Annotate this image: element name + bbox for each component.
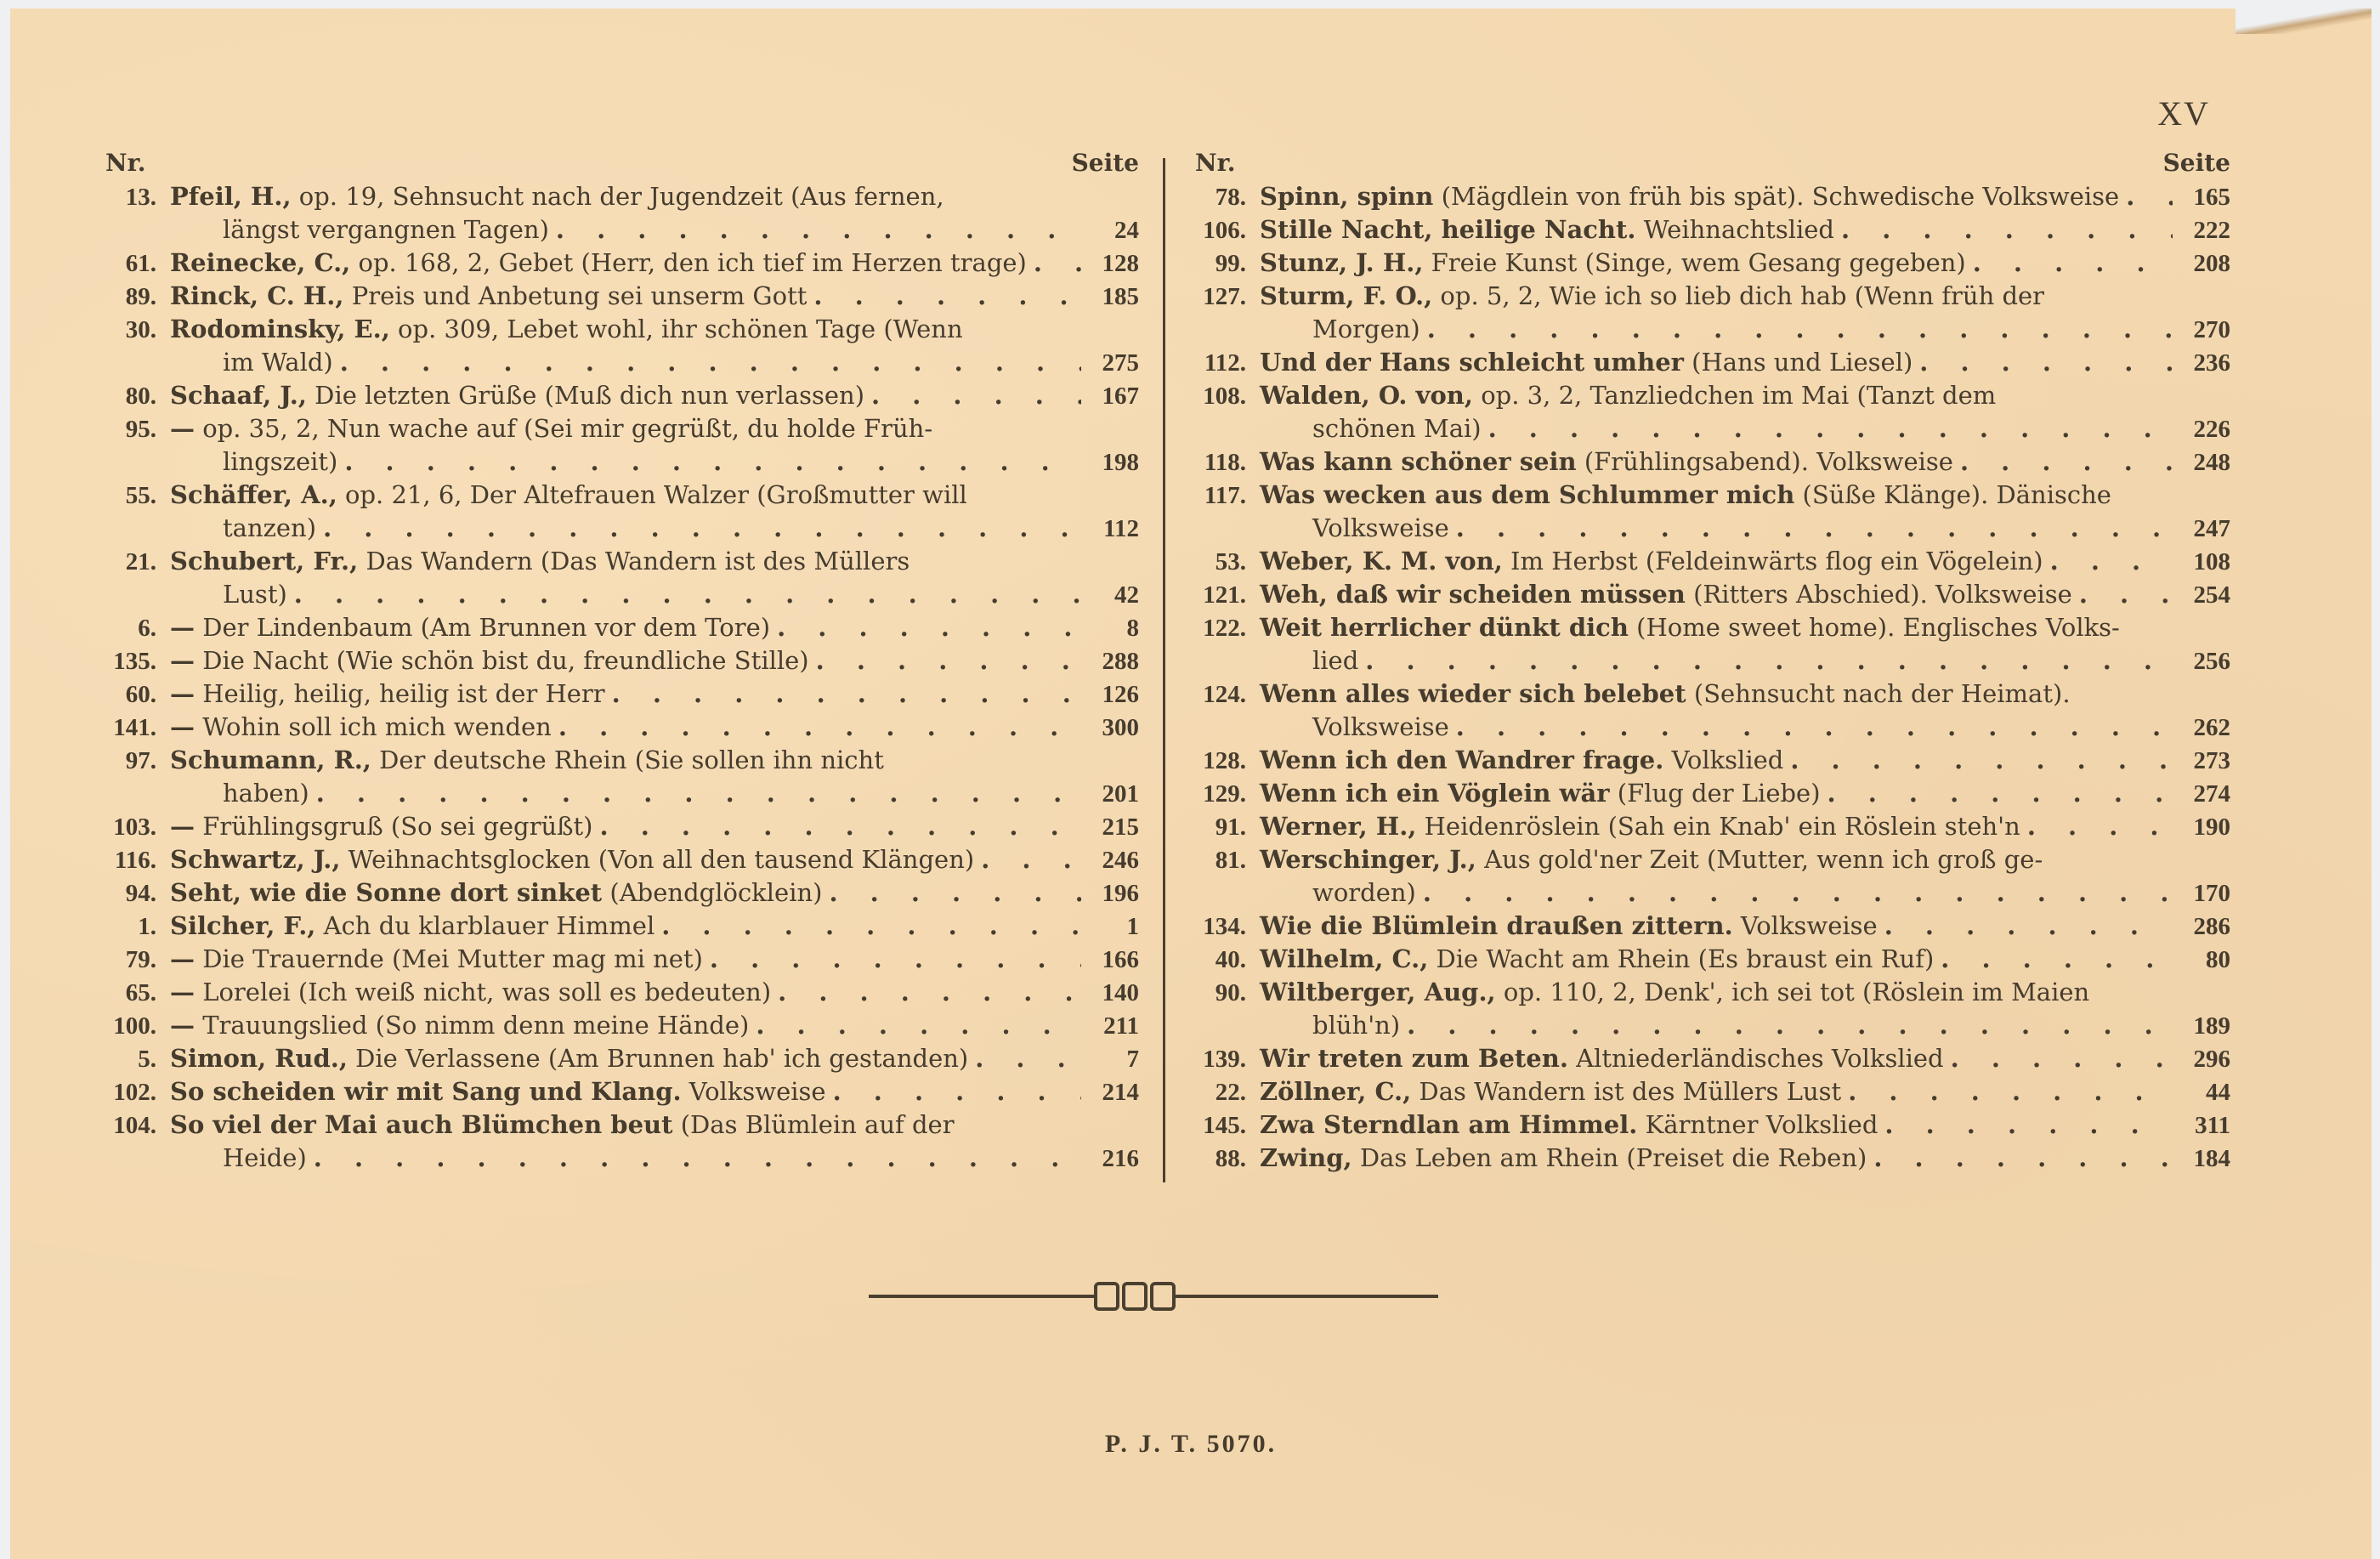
entry-lead: Wenn alles wieder sich belebet	[1260, 677, 1686, 711]
entry-page: 254	[2179, 579, 2230, 612]
entry-text: Spinn, spinn (Mägdlein von früh bis spät…	[1246, 180, 2179, 213]
entry-lead: Schaaf, J.,	[170, 379, 307, 412]
dot-leader: . . . . . . . . . . . . . . . . . . . . …	[1365, 644, 2173, 677]
entry-title: Kärntner Volkslied	[1637, 1108, 1878, 1142]
entry-lead: Was kann schöner sein	[1260, 445, 1577, 479]
entry-lead: Wir treten zum Beten.	[1260, 1042, 1568, 1075]
entry-page: 311	[2179, 1109, 2230, 1142]
entry-line: 108.Walden, O. von, op. 3, 2, Tanzliedch…	[1185, 379, 2230, 412]
entry-page: 190	[2179, 811, 2230, 844]
dot-leader: . . . . . . . . . . . . . . . . . . . . …	[1407, 1009, 2173, 1042]
entry-lead: —	[170, 976, 195, 1009]
entry-line: 65.— Lorelei (Ich weiß nicht, was soll e…	[95, 976, 1139, 1009]
entry-number: 30.	[95, 314, 156, 347]
entry-page: 211	[1088, 1010, 1139, 1043]
entry-page: 262	[2179, 711, 2230, 745]
dot-leader: . . . . . . . . . . . . . . . . . . . . …	[1841, 213, 2173, 247]
entry-number: 117.	[1185, 479, 1246, 513]
entry-page: 165	[2179, 181, 2230, 214]
entry-continuation: blüh'n). . . . . . . . . . . . . . . . .…	[1185, 1009, 2179, 1042]
entry-line: 22.Zöllner, C., Das Wandern ist des Müll…	[1185, 1075, 2230, 1108]
entry-lead: —	[170, 711, 195, 744]
entry-text: Seht, wie die Sonne dort sinket (Abendgl…	[156, 876, 1088, 910]
entry-page: 288	[1088, 645, 1139, 678]
entry-line-continued: schönen Mai). . . . . . . . . . . . . . …	[1185, 412, 2230, 445]
entry-title: Die Wacht am Rhein (Es braust ein Ruf)	[1428, 943, 1934, 976]
entry-page: 222	[2179, 214, 2230, 247]
entry-number: 102.	[95, 1076, 156, 1109]
entry-page: 275	[1088, 347, 1139, 380]
entry-lead: —	[170, 412, 195, 445]
index-entry: 22.Zöllner, C., Das Wandern ist des Müll…	[1185, 1075, 2230, 1108]
entry-page: 140	[1088, 977, 1139, 1010]
entry-number: 5.	[95, 1043, 156, 1076]
index-entry: 40.Wilhelm, C., Die Wacht am Rhein (Es b…	[1185, 943, 2230, 976]
entry-text: — Heilig, heilig, heilig ist der Herr. .…	[156, 677, 1088, 711]
entry-line: 102.So scheiden wir mit Sang und Klang. …	[95, 1075, 1139, 1108]
entry-text: Schubert, Fr., Das Wandern (Das Wandern …	[156, 545, 1139, 578]
index-list-left: 13.Pfeil, H., op. 19, Sehnsucht nach der…	[95, 180, 1139, 1175]
entry-title: Frühlingsgruß (So sei gegrüßt)	[195, 810, 593, 843]
index-column-left: Nr. Seite 13.Pfeil, H., op. 19, Sehnsuch…	[95, 146, 1139, 1175]
entry-page: 108	[2179, 546, 2230, 579]
entry-lead: Silcher, F.,	[170, 910, 315, 943]
index-entry: 95.— op. 35, 2, Nun wache auf (Sei mir g…	[95, 412, 1139, 479]
dot-leader: . . . . . . . . . . . . . . . . . . . . …	[1960, 445, 2173, 479]
column-header: Nr. Seite	[1185, 146, 2230, 180]
entry-line: 99.Stunz, J. H., Freie Kunst (Singe, wem…	[1185, 247, 2230, 280]
header-seite: Seite	[2163, 146, 2230, 180]
page-number: XV	[2157, 94, 2210, 133]
dot-leader: . . . . . . . . . . . . . . . . . . . . …	[2027, 810, 2173, 843]
entry-text: Werschinger, J., Aus gold'ner Zeit (Mutt…	[1246, 843, 2230, 876]
index-entry: 100.— Trauungslied (So nimm denn meine H…	[95, 1009, 1139, 1042]
entry-text: Schumann, R., Der deutsche Rhein (Sie so…	[156, 744, 1139, 777]
entry-title: Weihnachtsglocken (Von all den tausend K…	[340, 843, 974, 876]
entry-lead: Schwartz, J.,	[170, 843, 340, 876]
entry-line: 21.Schubert, Fr., Das Wandern (Das Wande…	[95, 545, 1139, 578]
entry-page: 196	[1088, 877, 1139, 910]
entry-line-continued: haben). . . . . . . . . . . . . . . . . …	[95, 777, 1139, 810]
entry-continuation: worden). . . . . . . . . . . . . . . . .…	[1185, 876, 2179, 910]
entry-continuation-text: haben)	[223, 777, 309, 810]
entry-text: — Wohin soll ich mich wenden. . . . . . …	[156, 711, 1088, 744]
entry-title: (Hans und Liesel)	[1684, 346, 1912, 379]
dot-leader: . . . . . . . . . . . . . . . . . . . . …	[756, 1009, 1081, 1042]
entry-line: 30.Rodominsky, E., op. 309, Lebet wohl, …	[95, 313, 1139, 346]
entry-line: 61.Reinecke, C., op. 168, 2, Gebet (Herr…	[95, 247, 1139, 280]
entry-text: Rinck, C. H., Preis und Anbetung sei uns…	[156, 280, 1088, 313]
index-column-right: Nr. Seite 78.Spinn, spinn (Mägdlein von …	[1185, 146, 2230, 1175]
index-entry: 21.Schubert, Fr., Das Wandern (Das Wande…	[95, 545, 1139, 611]
entry-title: (Home sweet home). Englisches Volks-	[1629, 611, 2120, 644]
entry-number: 103.	[95, 811, 156, 844]
entry-number: 100.	[95, 1010, 156, 1043]
dot-leader: . . . . . . . . . . . . . . . . . . . . …	[2050, 545, 2173, 578]
entry-page: 216	[1088, 1142, 1139, 1176]
entry-title: Lorelei (Ich weiß nicht, was soll es bed…	[195, 976, 771, 1009]
entry-line: 104.So viel der Mai auch Blümchen beut (…	[95, 1108, 1139, 1142]
entry-title: Preis und Anbetung sei unserm Gott	[344, 280, 807, 313]
column-divider	[1163, 158, 1165, 1182]
entry-number: 128.	[1185, 745, 1246, 778]
index-entry: 104.So viel der Mai auch Blümchen beut (…	[95, 1108, 1139, 1175]
entry-page: 112	[1088, 513, 1139, 546]
dot-leader: . . . . . . . . . . . . . . . . . . . . …	[1973, 247, 2173, 280]
index-entry: 60.— Heilig, heilig, heilig ist der Herr…	[95, 677, 1139, 711]
entry-text: Weber, K. M. von, Im Herbst (Feldeinwärt…	[1246, 545, 2179, 578]
entry-continuation: lingszeit). . . . . . . . . . . . . . . …	[95, 445, 1088, 479]
index-entry: 53.Weber, K. M. von, Im Herbst (Feldeinw…	[1185, 545, 2230, 578]
entry-text: Walden, O. von, op. 3, 2, Tanzliedchen i…	[1246, 379, 2230, 412]
entry-text: — Trauungslied (So nimm denn meine Hände…	[156, 1009, 1088, 1042]
entry-lead: Wiltberger, Aug.,	[1260, 976, 1496, 1009]
entry-number: 60.	[95, 678, 156, 711]
entry-number: 80.	[95, 380, 156, 413]
entry-continuation: Volksweise. . . . . . . . . . . . . . . …	[1185, 711, 2179, 744]
entry-title: op. 19, Sehnsucht nach der Jugendzeit (A…	[292, 180, 944, 213]
entry-page: 236	[2179, 347, 2230, 380]
entry-title: op. 309, Lebet wohl, ihr schönen Tage (W…	[390, 313, 963, 346]
entry-text: Schäffer, A., op. 21, 6, Der Altefrauen …	[156, 479, 1139, 512]
entry-line: 91.Werner, H., Heidenröslein (Sah ein Kn…	[1185, 810, 2230, 843]
entry-lead: Werschinger, J.,	[1260, 843, 1476, 876]
entry-text: Werner, H., Heidenröslein (Sah ein Knab'…	[1246, 810, 2179, 843]
entry-continuation-text: im Wald)	[223, 346, 333, 379]
entry-number: 106.	[1185, 214, 1246, 247]
entry-lead: Stunz, J. H.,	[1260, 247, 1423, 280]
entry-page: 24	[1088, 214, 1139, 247]
entry-line: 6.— Der Lindenbaum (Am Brunnen vor dem T…	[95, 611, 1139, 644]
entry-line-continued: im Wald). . . . . . . . . . . . . . . . …	[95, 346, 1139, 379]
entry-lead: Rinck, C. H.,	[170, 280, 344, 313]
index-entry: 122.Weit herrlicher dünkt dich (Home swe…	[1185, 611, 2230, 677]
entry-line: 94.Seht, wie die Sonne dort sinket (Aben…	[95, 876, 1139, 910]
entry-page: 274	[2179, 778, 2230, 811]
entry-text: Weh, daß wir scheiden müssen (Ritters Ab…	[1246, 578, 2179, 611]
index-entry: 99.Stunz, J. H., Freie Kunst (Singe, wem…	[1185, 247, 2230, 280]
dot-leader: . . . . . . . . . . . . . . . . . . . . …	[316, 777, 1081, 810]
entry-number: 145.	[1185, 1109, 1246, 1142]
entry-page: 300	[1088, 711, 1139, 745]
entry-continuation: Volksweise. . . . . . . . . . . . . . . …	[1185, 512, 2179, 545]
entry-text: — Frühlingsgruß (So sei gegrüßt). . . . …	[156, 810, 1088, 843]
entry-title: Volksweise	[1733, 910, 1878, 943]
entry-lead: —	[170, 677, 195, 711]
entry-title: (Flug der Liebe)	[1610, 777, 1821, 810]
dot-leader: . . . . . . . . . . . . . . . . . . . . …	[813, 280, 1081, 313]
index-entry: 90.Wiltberger, Aug., op. 110, 2, Denk', …	[1185, 976, 2230, 1042]
entry-number: 90.	[1185, 977, 1246, 1010]
dot-leader: . . . . . . . . . . . . . . . . . . . . …	[1456, 711, 2173, 744]
entry-title: Die Verlassene (Am Brunnen hab' ich gest…	[348, 1042, 968, 1075]
entry-page: 248	[2179, 446, 2230, 479]
index-entry: 106.Stille Nacht, heilige Nacht. Weihnac…	[1185, 213, 2230, 247]
dot-leader: . . . . . . . . . . . . . . . . . . . . …	[600, 810, 1082, 843]
index-entry: 61.Reinecke, C., op. 168, 2, Gebet (Herr…	[95, 247, 1139, 280]
dot-leader: . . . . . . . . . . . . . . . . . . . . …	[323, 512, 1081, 545]
entry-title: Wohin soll ich mich wenden	[195, 711, 552, 744]
entry-number: 129.	[1185, 778, 1246, 811]
dot-leader: . . . . . . . . . . . . . . . . . . . . …	[1827, 777, 2173, 810]
entry-line: 78.Spinn, spinn (Mägdlein von früh bis s…	[1185, 180, 2230, 213]
entry-lead: Schubert, Fr.,	[170, 545, 358, 578]
dot-leader: . . . . . . . . . . . . . . . . . . . . …	[816, 644, 1081, 677]
entry-page: 201	[1088, 778, 1139, 811]
dot-leader: . . . . . . . . . . . . . . . . . . . . …	[981, 843, 1081, 876]
entry-line: 95.— op. 35, 2, Nun wache auf (Sei mir g…	[95, 412, 1139, 445]
entry-line: 53.Weber, K. M. von, Im Herbst (Feldeinw…	[1185, 545, 2230, 578]
entry-title: op. 35, 2, Nun wache auf (Sei mir gegrüß…	[195, 412, 932, 445]
entry-text: Wie die Blümlein draußen zittern. Volksw…	[1246, 910, 2179, 943]
entry-text: Wilhelm, C., Die Wacht am Rhein (Es brau…	[1246, 943, 2179, 976]
dot-leader: . . . . . . . . . . . . . . . . . . . . …	[829, 876, 1081, 910]
entry-continuation: schönen Mai). . . . . . . . . . . . . . …	[1185, 412, 2179, 445]
entry-lead: Wie die Blümlein draußen zittern.	[1260, 910, 1733, 943]
entry-lead: Spinn, spinn	[1260, 180, 1433, 213]
entry-number: 89.	[95, 281, 156, 314]
entry-text: Wenn ich ein Vöglein wär (Flug der Liebe…	[1246, 777, 2179, 810]
entry-line: 79.— Die Trauernde (Mei Mutter mag mi ne…	[95, 943, 1139, 976]
dot-leader: . . . . . . . . . . . . . . . . . . . . …	[1919, 346, 2173, 379]
index-entry: 97.Schumann, R., Der deutsche Rhein (Sie…	[95, 744, 1139, 810]
entry-number: 97.	[95, 745, 156, 778]
header-nr: Nr.	[95, 146, 146, 180]
torn-corner	[2235, 9, 2371, 34]
entry-lead: Weh, daß wir scheiden müssen	[1260, 578, 1686, 611]
entry-text: Weit herrlicher dünkt dich (Home sweet h…	[1246, 611, 2230, 644]
entry-continuation: lied. . . . . . . . . . . . . . . . . . …	[1185, 644, 2179, 677]
entry-page: 198	[1088, 446, 1139, 479]
entry-text: Wenn ich den Wandrer frage. Volkslied. .…	[1246, 744, 2179, 777]
entry-title: Heilig, heilig, heilig ist der Herr	[195, 677, 605, 711]
entry-number: 121.	[1185, 579, 1246, 612]
dot-leader: . . . . . . . . . . . . . . . . . . . . …	[1848, 1075, 2173, 1108]
entry-line-continued: tanzen). . . . . . . . . . . . . . . . .…	[95, 512, 1139, 545]
entry-number: 21.	[95, 546, 156, 579]
entry-text: Stunz, J. H., Freie Kunst (Singe, wem Ge…	[1246, 247, 2179, 280]
entry-lead: Zwa Sterndlan am Himmel.	[1260, 1108, 1637, 1142]
entry-page: 170	[2179, 877, 2230, 910]
dot-leader: . . . . . . . . . . . . . . . . . . . . …	[1790, 744, 2173, 777]
entry-line-continued: Volksweise. . . . . . . . . . . . . . . …	[1185, 512, 2230, 545]
entry-number: 139.	[1185, 1043, 1246, 1076]
entry-title: op. 110, 2, Denk', ich sei tot (Röslein …	[1496, 976, 2090, 1009]
dot-leader: . . . . . . . . . . . . . . . . . . . . …	[1941, 943, 2173, 976]
entry-number: 118.	[1185, 446, 1246, 479]
entry-page: 7	[1088, 1043, 1139, 1076]
dot-leader: . . . . . . . . . . . . . . . . . . . . …	[833, 1075, 1081, 1108]
entry-page: 1	[1088, 910, 1139, 944]
entry-title: op. 168, 2, Gebet (Herr, den ich tief im…	[350, 247, 1027, 280]
entry-line: 60.— Heilig, heilig, heilig ist der Herr…	[95, 677, 1139, 711]
entry-text: Sturm, F. O., op. 5, 2, Wie ich so lieb …	[1246, 280, 2230, 313]
entry-continuation-text: Morgen)	[1312, 313, 1420, 346]
entry-page: 247	[2179, 513, 2230, 546]
entry-number: 55.	[95, 479, 156, 513]
entry-lead: Sturm, F. O.,	[1260, 280, 1432, 313]
entry-text: Schaaf, J., Die letzten Grüße (Muß dich …	[156, 379, 1088, 412]
entry-line: 1.Silcher, F., Ach du klarblauer Himmel.…	[95, 910, 1139, 943]
entry-line: 134.Wie die Blümlein draußen zittern. Vo…	[1185, 910, 2230, 943]
entry-line: 80.Schaaf, J., Die letzten Grüße (Muß di…	[95, 379, 1139, 412]
entry-page: 44	[2179, 1076, 2230, 1109]
entry-line-continued: worden). . . . . . . . . . . . . . . . .…	[1185, 876, 2230, 910]
entry-continuation-text: Volksweise	[1312, 512, 1449, 545]
entry-continuation: Lust). . . . . . . . . . . . . . . . . .…	[95, 578, 1088, 611]
entry-line: 127.Sturm, F. O., op. 5, 2, Wie ich so l…	[1185, 280, 2230, 313]
entry-text: Was kann schöner sein (Frühlingsabend). …	[1246, 445, 2179, 479]
entry-line: 122.Weit herrlicher dünkt dich (Home swe…	[1185, 611, 2230, 644]
entry-text: Reinecke, C., op. 168, 2, Gebet (Herr, d…	[156, 247, 1088, 280]
entry-lead: —	[170, 810, 195, 843]
entry-number: 1.	[95, 910, 156, 944]
dot-leader: . . . . . . . . . . . . . . . . . . . . …	[1034, 247, 1081, 280]
index-list-right: 78.Spinn, spinn (Mägdlein von früh bis s…	[1185, 180, 2230, 1175]
entry-title: op. 21, 6, Der Altefrauen Walzer (Großmu…	[337, 479, 967, 512]
entry-title: Die Trauernde (Mei Mutter mag mi net)	[195, 943, 703, 976]
header-nr: Nr.	[1185, 146, 1236, 180]
entry-text: Wiltberger, Aug., op. 110, 2, Denk', ich…	[1246, 976, 2230, 1009]
entry-line: 89.Rinck, C. H., Preis und Anbetung sei …	[95, 280, 1139, 313]
entry-continuation-text: schönen Mai)	[1312, 412, 1482, 445]
dot-leader: . . . . . . . . . . . . . . . . . . . . …	[2126, 180, 2173, 213]
entry-number: 124.	[1185, 678, 1246, 711]
entry-page: 185	[1088, 281, 1139, 314]
entry-continuation: Morgen). . . . . . . . . . . . . . . . .…	[1185, 313, 2179, 346]
entry-page: 208	[2179, 247, 2230, 281]
index-entry: 108.Walden, O. von, op. 3, 2, Tanzliedch…	[1185, 379, 2230, 445]
entry-title: Die Nacht (Wie schön bist du, freundlich…	[195, 644, 809, 677]
entry-lead: Schäffer, A.,	[170, 479, 337, 512]
entry-lead: —	[170, 943, 195, 976]
entry-title: (Mägdlein von früh bis spät). Schwedisch…	[1433, 180, 2119, 213]
index-entry: 112.Und der Hans schleicht umher (Hans u…	[1185, 346, 2230, 379]
entry-continuation: im Wald). . . . . . . . . . . . . . . . …	[95, 346, 1088, 379]
index-entry: 89.Rinck, C. H., Preis und Anbetung sei …	[95, 280, 1139, 313]
entry-text: — Der Lindenbaum (Am Brunnen vor dem Tor…	[156, 611, 1088, 644]
entry-line: 106.Stille Nacht, heilige Nacht. Weihnac…	[1185, 213, 2230, 247]
entry-lead: Walden, O. von,	[1260, 379, 1473, 412]
dot-leader: . . . . . . . . . . . . . . . . . . . . …	[2079, 578, 2173, 611]
index-entry: 78.Spinn, spinn (Mägdlein von früh bis s…	[1185, 180, 2230, 213]
dot-leader: . . . . . . . . . . . . . . . . . . . . …	[777, 611, 1081, 644]
entry-line: 13.Pfeil, H., op. 19, Sehnsucht nach der…	[95, 180, 1139, 213]
entry-lead: Und der Hans schleicht umher	[1260, 346, 1684, 379]
entry-title: Der deutsche Rhein (Sie sollen ihn nicht	[371, 744, 884, 777]
entry-number: 127.	[1185, 281, 1246, 314]
index-entry: 134.Wie die Blümlein draußen zittern. Vo…	[1185, 910, 2230, 943]
entry-text: Wenn alles wieder sich belebet (Sehnsuch…	[1246, 677, 2230, 711]
entry-lead: Werner, H.,	[1260, 810, 1416, 843]
index-entry: 116.Schwartz, J., Weihnachtsglocken (Von…	[95, 843, 1139, 876]
entry-page: 167	[1088, 380, 1139, 413]
plate-number: P. J. T. 5070.	[10, 1430, 2371, 1459]
entry-number: 116.	[95, 844, 156, 877]
entry-continuation: tanzen). . . . . . . . . . . . . . . . .…	[95, 512, 1088, 545]
entry-continuation-text: lied	[1312, 644, 1358, 677]
index-entry: 88.Zwing, Das Leben am Rhein (Preiset di…	[1185, 1142, 2230, 1175]
entry-title: Volksweise	[682, 1075, 826, 1108]
index-entry: 1.Silcher, F., Ach du klarblauer Himmel.…	[95, 910, 1139, 943]
entry-line: 55.Schäffer, A., op. 21, 6, Der Altefrau…	[95, 479, 1139, 512]
entry-text: Wir treten zum Beten. Altniederländische…	[1246, 1042, 2179, 1075]
book-page: XV Nr. Seite 13.Pfeil, H., op. 19, Sehns…	[10, 9, 2371, 1559]
entry-lead: —	[170, 644, 195, 677]
dot-leader: . . . . . . . . . . . . . . . . . . . . …	[558, 711, 1081, 744]
entry-title: (Abendglöcklein)	[602, 876, 822, 910]
entry-lead: Wenn ich ein Vöglein wär	[1260, 777, 1610, 810]
entry-title: Heidenröslein (Sah ein Knab' ein Röslein…	[1416, 810, 2020, 843]
entry-continuation-text: blüh'n)	[1312, 1009, 1400, 1042]
entry-title: Aus gold'ner Zeit (Mutter, wenn ich groß…	[1476, 843, 2043, 876]
entry-continuation-text: Volksweise	[1312, 711, 1449, 744]
entry-line: 100.— Trauungslied (So nimm denn meine H…	[95, 1009, 1139, 1042]
entry-lead: Simon, Rud.,	[170, 1042, 348, 1075]
index-entry: 145.Zwa Sterndlan am Himmel. Kärntner Vo…	[1185, 1108, 2230, 1142]
entry-continuation: längst vergangnen Tagen). . . . . . . . …	[95, 213, 1088, 247]
entry-continuation-text: Lust)	[223, 578, 287, 611]
entry-line: 81.Werschinger, J., Aus gold'ner Zeit (M…	[1185, 843, 2230, 876]
index-entry: 128.Wenn ich den Wandrer frage. Volkslie…	[1185, 744, 2230, 777]
entry-line: 118.Was kann schöner sein (Frühlingsaben…	[1185, 445, 2230, 479]
dot-leader: . . . . . . . . . . . . . . . . . . . . …	[1488, 412, 2173, 445]
dot-leader: . . . . . . . . . . . . . . . . . . . . …	[340, 346, 1081, 379]
entry-text: Und der Hans schleicht umher (Hans und L…	[1246, 346, 2179, 379]
dot-leader: . . . . . . . . . . . . . . . . . . . . …	[1427, 313, 2173, 346]
entry-page: 166	[1088, 944, 1139, 977]
entry-title: Trauungslied (So nimm denn meine Hände)	[195, 1009, 749, 1042]
entry-text: So scheiden wir mit Sang und Klang. Volk…	[156, 1075, 1088, 1108]
index-entry: 55.Schäffer, A., op. 21, 6, Der Altefrau…	[95, 479, 1139, 545]
entry-line: 141.— Wohin soll ich mich wenden. . . . …	[95, 711, 1139, 744]
entry-lead: Zöllner, C.,	[1260, 1075, 1411, 1108]
entry-line: 97.Schumann, R., Der deutsche Rhein (Sie…	[95, 744, 1139, 777]
index-entry: 79.— Die Trauernde (Mei Mutter mag mi ne…	[95, 943, 1139, 976]
entry-number: 94.	[95, 877, 156, 910]
entry-title: Die letzten Grüße (Muß dich nun verlasse…	[307, 379, 864, 412]
entry-page: 273	[2179, 745, 2230, 778]
entry-line-continued: lingszeit). . . . . . . . . . . . . . . …	[95, 445, 1139, 479]
index-entry: 124.Wenn alles wieder sich belebet (Sehn…	[1185, 677, 2230, 744]
entry-title: (Ritters Abschied). Volksweise	[1686, 578, 2072, 611]
entry-line: 139.Wir treten zum Beten. Altniederländi…	[1185, 1042, 2230, 1075]
entry-page: 214	[1088, 1076, 1139, 1109]
entry-line: 135.— Die Nacht (Wie schön bist du, freu…	[95, 644, 1139, 677]
entry-line: 121.Weh, daß wir scheiden müssen (Ritter…	[1185, 578, 2230, 611]
entry-number: 61.	[95, 247, 156, 281]
entry-text: — Die Trauernde (Mei Mutter mag mi net).…	[156, 943, 1088, 976]
entry-line: 88.Zwing, Das Leben am Rhein (Preiset di…	[1185, 1142, 2230, 1175]
entry-line-continued: blüh'n). . . . . . . . . . . . . . . . .…	[1185, 1009, 2230, 1042]
entry-number: 91.	[1185, 811, 1246, 844]
entry-text: Stille Nacht, heilige Nacht. Weihnachtsl…	[1246, 213, 2179, 247]
entry-title: Der Lindenbaum (Am Brunnen vor dem Tore)	[195, 611, 770, 644]
index-entry: 118.Was kann schöner sein (Frühlingsaben…	[1185, 445, 2230, 479]
dot-leader: . . . . . . . . . . . . . . . . . . . . …	[710, 943, 1081, 976]
entry-number: 78.	[1185, 181, 1246, 214]
dot-leader: . . . . . . . . . . . . . . . . . . . . …	[314, 1142, 1081, 1175]
entry-number: 135.	[95, 645, 156, 678]
entry-page: 246	[1088, 844, 1139, 877]
entry-line: 40.Wilhelm, C., Die Wacht am Rhein (Es b…	[1185, 943, 2230, 976]
entry-title: (Süße Klänge). Dänische	[1794, 479, 2111, 512]
entry-title: (Sehnsucht nach der Heimat).	[1686, 677, 2071, 711]
entry-lead: Weber, K. M. von,	[1260, 545, 1503, 578]
entry-number: 6.	[95, 612, 156, 645]
entry-text: Was wecken aus dem Schlummer mich (Süße …	[1246, 479, 2230, 512]
index-entry: 6.— Der Lindenbaum (Am Brunnen vor dem T…	[95, 611, 1139, 644]
